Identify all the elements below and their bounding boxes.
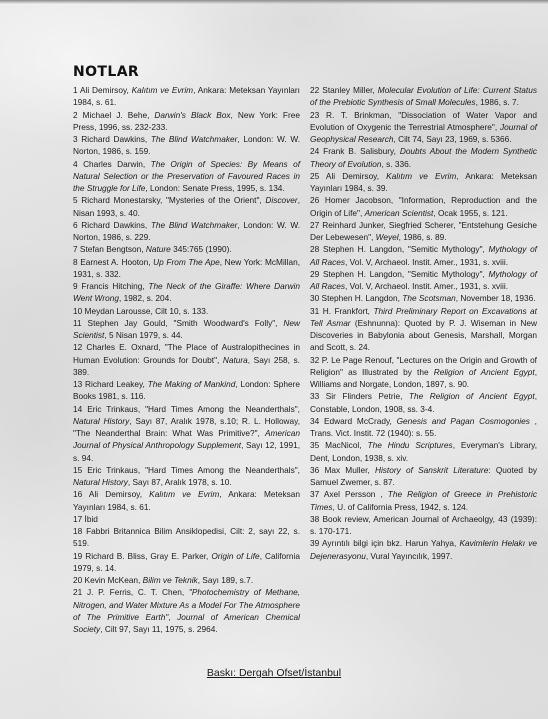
footnote-text: Sir Flinders Petrie,: [326, 391, 409, 401]
footnote-title-italic: Nature: [146, 244, 171, 254]
footnote-text: Eric Trinkaus, "Hard Times Among the Nea…: [87, 465, 300, 475]
footnote-27: 27 Reinhard Junker, Siegfried Scherer, "…: [310, 219, 537, 244]
footnote-text: , Cilt 97, Sayı 11, 1975, s. 2964.: [100, 624, 217, 634]
footnote-9: 9 Francis Hitching, The Neck of the Gira…: [73, 280, 300, 305]
footnote-number: 11: [73, 318, 88, 328]
footnote-title-italic: Natural History: [73, 416, 129, 426]
footnote-title-italic: Discover: [265, 195, 297, 205]
footnote-text: Francis Hitching,: [81, 281, 148, 291]
footnote-number: 28: [310, 244, 323, 254]
footnote-31: 31 H. Frankfort, Third Preliminary Repor…: [310, 305, 537, 354]
footnote-number: 35: [310, 440, 325, 450]
footnote-number: 12: [73, 342, 86, 352]
footnote-title-italic: History of Sanskrit Literature: [375, 465, 488, 475]
footnote-title-italic: Genesis and Pagan Cosmogonies: [397, 416, 530, 426]
scan-edge-shadow: [0, 0, 548, 4]
footnote-23: 23 R. T. Brinkman, "Dissociation of Wate…: [310, 109, 537, 146]
footnote-text: 345:765 (1990).: [171, 244, 232, 254]
footnote-number: 36: [310, 465, 324, 475]
footnote-26: 26 Homer Jacobson, "Information, Reprodu…: [310, 194, 537, 219]
footnote-title-italic: The Blind Watchmaker: [151, 134, 238, 144]
footnote-25: 25 Ali Demirsoy, Kalıtım ve Evrim, Ankar…: [310, 170, 537, 195]
footnote-number: 19: [73, 551, 85, 561]
footnote-number: 10: [73, 306, 85, 316]
footnote-text: , s. 336.: [381, 159, 411, 169]
footnote-text: Stephen Jay Gould, "Smith Woodward's Fol…: [88, 318, 284, 328]
footnote-text: Meydan Larousse, Cilt 10, s. 133.: [85, 306, 209, 316]
footnote-text: Stephen H. Langdon, "Semitic Mythology",: [323, 269, 489, 279]
footnote-text: Eric Trinkaus, "Hard Times Among the Nea…: [87, 404, 300, 414]
footnote-text: , Cilt 74, Sayı 23, 1969, s. 5366.: [393, 134, 511, 144]
footnote-text: Richard Monestarsky, "Mysteries of the O…: [81, 195, 265, 205]
footnote-number: 7: [73, 244, 80, 254]
footnote-number: 14: [73, 404, 87, 414]
footnote-30: 30 Stephen H. Langdon, The Scotsman, Nov…: [310, 292, 537, 304]
footnote-text: , Ocak 1955, s. 121.: [433, 208, 507, 218]
notes-column-left: 1 Ali Demirsoy, Kalıtım ve Evrim, Ankara…: [73, 84, 300, 635]
footnote-number: 31: [310, 306, 323, 316]
footnote-text: , 1982, s. 204.: [119, 293, 172, 303]
footnote-title-italic: Up From The Ape: [153, 257, 220, 267]
footnote-text: , 1986, s. 7.: [476, 97, 519, 107]
notes-column-right: 22 Stanley Miller, Molecular Evolution o…: [310, 84, 537, 635]
footnote-text: Frank B. Salisbury,: [323, 146, 400, 156]
footnote-text: Kevin McKean,: [85, 575, 143, 585]
footnote-10: 10 Meydan Larousse, Cilt 10, s. 133.: [73, 305, 300, 317]
footnote-5: 5 Richard Monestarsky, "Mysteries of the…: [73, 194, 300, 219]
footnote-text: Stephen H. Langdon, "Semitic Mythology",: [323, 244, 489, 254]
footnote-text: , November 18, 1936.: [456, 293, 536, 303]
footnote-text: Richard Dawkins,: [81, 134, 151, 144]
footnote-7: 7 Stefan Bengtson, Nature 345:765 (1990)…: [73, 243, 300, 255]
footnote-12: 12 Charles E. Oxnard, "The Place of Aust…: [73, 341, 300, 378]
footnote-number: 4: [73, 159, 83, 169]
footnote-text: MacNicol,: [325, 440, 367, 450]
footnote-text: Richard Dawkins,: [81, 220, 151, 230]
footnote-text: Earnest A. Hooton,: [80, 257, 153, 267]
footnote-text: , U. of California Press, 1942, s. 124.: [333, 502, 469, 512]
footnote-number: 1: [73, 85, 80, 95]
footnote-text: Charles Darwin,: [83, 159, 151, 169]
footnote-8: 8 Earnest A. Hooton, Up From The Ape, Ne…: [73, 256, 300, 281]
footnote-number: 23: [310, 110, 326, 120]
footnote-text: Michael J. Behe,: [83, 110, 155, 120]
footnote-text: Axel Persson ,: [324, 489, 388, 499]
footnote-18: 18 Fabbri Britannica Bilim Ansiklopedisi…: [73, 525, 300, 550]
footnote-text: Stanley Miller,: [322, 85, 377, 95]
footnote-text: , Sayı 189, s.7.: [198, 575, 253, 585]
footnote-title-italic: Religion of Ancient Egypt: [434, 367, 535, 377]
footnote-text: , London: Senate Press, 1995, s. 134.: [145, 183, 284, 193]
footnote-text: Max Muller,: [324, 465, 375, 475]
footnote-number: 18: [73, 526, 86, 536]
notes-page: NOTLAR 1 Ali Demirsoy, Kalıtım ve Evrim,…: [73, 64, 538, 635]
footnote-35: 35 MacNicol, The Hindu Scriptures, Every…: [310, 439, 537, 464]
footnote-6: 6 Richard Dawkins, The Blind Watchmaker,…: [73, 219, 300, 244]
footnote-text: , Vol. V, Archaeol. Instit. Amer., 1931,…: [345, 257, 508, 267]
footnote-text: Ali Demirsoy,: [89, 489, 149, 499]
footnote-number: 27: [310, 220, 322, 230]
footnote-title-italic: Darwin's Black Box: [154, 110, 230, 120]
footnote-title-italic: Kalıtım ve Evrim: [149, 489, 219, 499]
footnote-number: 37: [310, 489, 324, 499]
footnote-number: 15: [73, 465, 87, 475]
footnote-text: Ayrıntılı bilgi için bkz. Harun Yahya,: [322, 538, 460, 548]
footnote-text: Stefan Bengtson,: [80, 244, 146, 254]
footnote-24: 24 Frank B. Salisbury, Doubts About the …: [310, 145, 537, 170]
footnote-number: 22: [310, 85, 322, 95]
footnote-14: 14 Eric Trinkaus, "Hard Times Among the …: [73, 403, 300, 464]
footnote-title-italic: The Scotsman: [402, 293, 456, 303]
footnote-title-italic: The Blind Watchmaker: [151, 220, 238, 230]
footnote-number: 24: [310, 146, 323, 156]
footnote-text: Ali Demirsoy,: [80, 85, 132, 95]
footnote-15: 15 Eric Trinkaus, "Hard Times Among the …: [73, 464, 300, 489]
footnote-text: , 1986, s. 89.: [399, 232, 447, 242]
footnote-title-italic: Weyel: [376, 232, 399, 242]
footnote-text: , Vol. V, Archaeol. Instit. Amer., 1931,…: [345, 281, 508, 291]
footnote-title-italic: The Hindu Scriptures: [368, 440, 453, 450]
footnote-text: Richard Leakey,: [85, 379, 148, 389]
footnote-text: İbid: [85, 514, 98, 524]
footnote-text: Fabbri Britannica Bilim Ansiklopedisi, C…: [73, 526, 300, 548]
footnote-39: 39 Ayrıntılı bilgi için bkz. Harun Yahya…: [310, 537, 537, 562]
footnote-17: 17 İbid: [73, 513, 300, 525]
footnote-title-italic: Natural History: [73, 477, 128, 487]
footnote-title-italic: American Scientist: [365, 208, 434, 218]
footnote-title-italic: Kalıtım ve Evrim: [132, 85, 193, 95]
footnote-4: 4 Charles Darwin, The Origin of Species:…: [73, 158, 300, 195]
footnote-number: 20: [73, 575, 85, 585]
footnote-11: 11 Stephen Jay Gould, "Smith Woodward's …: [73, 317, 300, 342]
footnote-text: Stephen H. Langdon,: [322, 293, 403, 303]
footnote-title-italic: The Making of Mankind: [148, 379, 236, 389]
footnote-number: 26: [310, 195, 325, 205]
footnote-22: 22 Stanley Miller, Molecular Evolution o…: [310, 84, 537, 109]
footnote-text: H. Frankfort,: [323, 306, 374, 316]
footnote-number: 25: [310, 171, 326, 181]
footnote-21: 21 J. P. Ferris, C. T. Chen, "Photochemi…: [73, 586, 300, 635]
page-title: NOTLAR: [73, 64, 538, 80]
footnote-title-italic: Kalıtım ve Evrim: [386, 171, 456, 181]
footnote-text: Richard B. Bliss, Gray E. Parker,: [85, 551, 211, 561]
footnote-16: 16 Ali Demirsoy, Kalıtım ve Evrim, Ankar…: [73, 488, 300, 513]
footnote-text: , 5 Nisan 1979, s. 44.: [104, 330, 182, 340]
footnote-38: 38 Book review, American Journal of Arch…: [310, 513, 537, 538]
footnote-number: 39: [310, 538, 322, 548]
footnote-28: 28 Stephen H. Langdon, "Semitic Mytholog…: [310, 243, 537, 268]
footnote-text: ,: [168, 612, 177, 622]
footnote-title-italic: The Religion of Ancient Egypt: [409, 391, 535, 401]
footnote-number: 16: [73, 489, 89, 499]
footnote-number: 29: [310, 269, 323, 279]
printer-credit: Baskı: Dergah Ofset/İstanbul: [0, 667, 548, 679]
footnote-title-italic: Bilim ve Teknik: [143, 575, 198, 585]
footnote-33: 33 Sir Flinders Petrie, The Religion of …: [310, 390, 537, 415]
footnote-37: 37 Axel Persson , The Religion of Greece…: [310, 488, 537, 513]
footnote-number: 21: [73, 587, 87, 597]
footnote-3: 3 Richard Dawkins, The Blind Watchmaker,…: [73, 133, 300, 158]
footnote-34: 34 Edward McCrady, Genesis and Pagan Cos…: [310, 415, 537, 440]
footnote-number: 34: [310, 416, 324, 426]
footnote-29: 29 Stephen H. Langdon, "Semitic Mytholog…: [310, 268, 537, 293]
footnote-title-italic: Origin of Life: [211, 551, 259, 561]
footnote-19: 19 Richard B. Bliss, Gray E. Parker, Ori…: [73, 550, 300, 575]
footnote-13: 13 Richard Leakey, The Making of Mankind…: [73, 378, 300, 403]
footnote-number: 2: [73, 110, 83, 120]
printer-credit-text: Baskı: Dergah Ofset/İstanbul: [207, 667, 341, 679]
footnote-text: Ali Demirsoy,: [326, 171, 386, 181]
footnote-36: 36 Max Muller, History of Sanskrit Liter…: [310, 464, 537, 489]
footnote-text: Book review, American Journal of Archaeo…: [310, 514, 537, 536]
footnote-number: 33: [310, 391, 326, 401]
footnote-text: Edward McCrady,: [324, 416, 397, 426]
footnote-1: 1 Ali Demirsoy, Kalıtım ve Evrim, Ankara…: [73, 84, 300, 109]
footnote-number: 32: [310, 355, 322, 365]
footnote-32: 32 P. Le Page Renouf, "Lectures on the O…: [310, 354, 537, 391]
footnote-text: , Sayı 87, Aralık 1978, s. 10.: [128, 477, 232, 487]
footnote-text: , Vural Yayıncılık, 1997.: [366, 551, 453, 561]
notes-columns: 1 Ali Demirsoy, Kalıtım ve Evrim, Ankara…: [73, 84, 538, 635]
footnote-title-italic: Natura: [223, 355, 248, 365]
footnote-2: 2 Michael J. Behe, Darwin's Black Box, N…: [73, 109, 300, 134]
footnote-number: 30: [310, 293, 322, 303]
footnote-number: 13: [73, 379, 85, 389]
footnote-text: J. P. Ferris, C. T. Chen,: [87, 587, 189, 597]
footnote-number: 17: [73, 514, 85, 524]
footnote-20: 20 Kevin McKean, Bilim ve Teknik, Sayı 1…: [73, 574, 300, 586]
footnote-number: 38: [310, 514, 323, 524]
